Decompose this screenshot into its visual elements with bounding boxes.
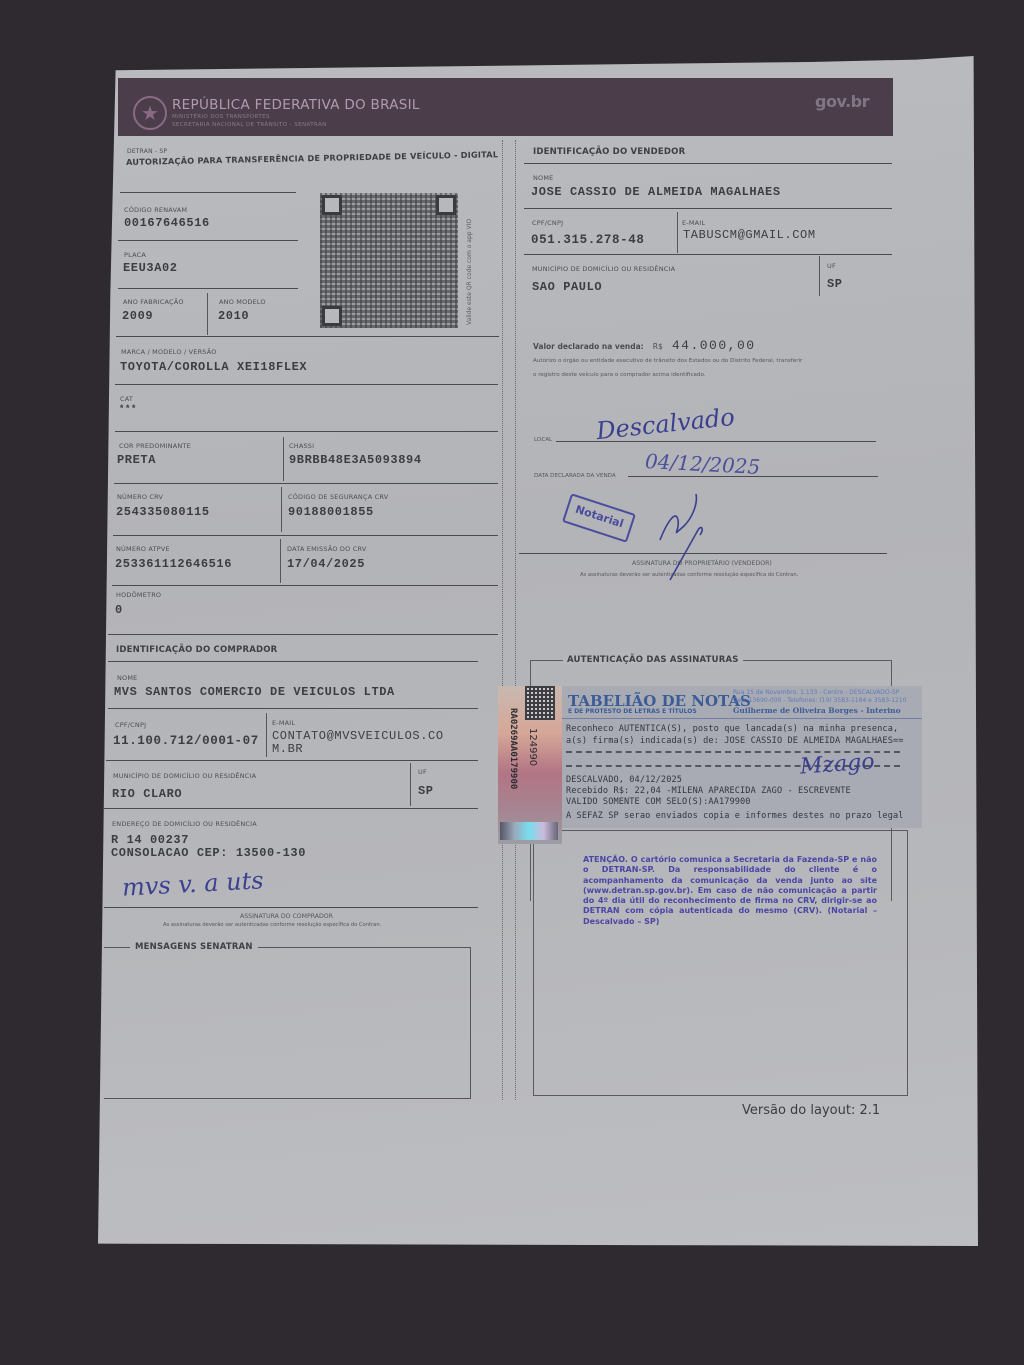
- divider: [524, 254, 892, 255]
- divider: [116, 336, 499, 337]
- divider: [280, 539, 281, 583]
- buyer-section-title: IDENTIFICAÇÃO DO COMPRADOR: [116, 645, 277, 655]
- declared-value-row: Valor declarado na venda: R$ 44.000,00: [533, 334, 756, 353]
- buyer-email-label: E-MAIL: [272, 719, 295, 727]
- country-title: REPÚBLICA FEDERATIVA DO BRASIL: [172, 97, 420, 113]
- crv-security-label: CÓDIGO DE SEGURANÇA CRV: [288, 493, 388, 501]
- buyer-city-label: MUNICÍPIO DE DOMICÍLIO OU RESIDÊNCIA: [113, 772, 256, 780]
- buyer-city-value: RIO CLARO: [112, 787, 182, 801]
- divider: [281, 487, 282, 532]
- color-label: COR PREDOMINANTE: [119, 442, 191, 450]
- fold-line: [515, 140, 516, 1100]
- buyer-signature-note: As assinaturas deverão ser autenticadas …: [163, 922, 381, 928]
- divider: [112, 585, 498, 586]
- seal-number: 124990: [527, 728, 538, 766]
- seller-name-label: NOME: [533, 174, 554, 182]
- divider: [410, 763, 411, 806]
- divider: [120, 192, 296, 193]
- declared-value: 44.000,00: [672, 338, 756, 353]
- crv-number-label: NÚMERO CRV: [117, 493, 163, 501]
- notary-office-address: Rua 15 de Novembro, 1.133 - Centro - DES…: [733, 689, 899, 696]
- crv-number-value: 254335080115: [116, 505, 210, 519]
- clerk-signature: Mzago: [799, 749, 875, 779]
- secretariat-name: SECRETARIA NACIONAL DE TRÂNSITO - SENATR…: [172, 122, 327, 128]
- divider: [819, 256, 820, 296]
- atpve-label: NÚMERO ATPVe: [116, 545, 170, 553]
- seller-signature-line: [519, 553, 887, 554]
- notary-office-subtitle: E DE PROTESTO DE LETRAS E TÍTULOS: [568, 708, 697, 715]
- notary-name: Guilherme de Oliveira Borges - Interino: [733, 706, 901, 715]
- seller-city-label: MUNICÍPIO DE DOMICÍLIO OU RESIDÊNCIA: [532, 265, 675, 273]
- year-mfg-value: 2009: [122, 309, 153, 323]
- cat-label: CAT: [120, 395, 133, 403]
- crv-security-value: 90188001855: [288, 505, 374, 519]
- atpve-value: 253361112646516: [115, 557, 232, 571]
- make-model-label: MARCA / MODELO / VERSÃO: [121, 348, 217, 356]
- seller-email-value: TABUSCM@GMAIL.COM: [683, 228, 816, 242]
- divider: [108, 634, 498, 635]
- year-model-value: 2010: [218, 309, 249, 323]
- chassis-value: 9BRBB48E3A5093894: [289, 453, 422, 467]
- buyer-email-value-line2: M.BR: [272, 742, 303, 756]
- recognition-sefaz-note: A SEFAZ SP serao enviados copia e inform…: [566, 811, 904, 821]
- divider: [677, 212, 678, 253]
- recognition-text-line1: Reconheco AUTENTICA(S), posto que lancad…: [566, 724, 898, 734]
- seller-doc-label: CPF/CNPJ: [532, 219, 563, 227]
- divider: [266, 713, 267, 757]
- buyer-signature-label: ASSINATURA DO COMPRADOR: [240, 913, 333, 920]
- buyer-address-label: ENDEREÇO DE DOMICÍLIO OU RESIDÊNCIA: [112, 820, 257, 828]
- buyer-name-label: NOME: [117, 674, 138, 682]
- buyer-signature-line: [104, 907, 478, 908]
- buyer-uf-value: SP: [418, 784, 434, 798]
- seller-signature-label: ASSINATURA DO PROPRIETÁRIO (VENDEDOR): [632, 560, 772, 567]
- seller-uf-value: SP: [827, 277, 843, 291]
- divider: [115, 431, 498, 432]
- currency-symbol: R$: [653, 342, 663, 351]
- buyer-doc-value: 11.100.712/0001-07: [113, 734, 259, 748]
- divider: [108, 708, 478, 709]
- local-label: LOCAL: [534, 437, 552, 443]
- seller-uf-label: UF: [827, 262, 836, 270]
- buyer-address-line1: R 14 00237: [111, 833, 189, 847]
- divider: [108, 661, 478, 662]
- authorization-text-line1: Autorizo o órgão ou entidade executivo d…: [533, 358, 802, 364]
- odometer-label: HODÔMETRO: [116, 591, 161, 599]
- renavam-value: 00167646516: [124, 216, 210, 230]
- notary-office-phone: Cep: 13690-000 - Telefones: (19) 3583-11…: [733, 697, 906, 704]
- make-model-value: TOYOTA/COROLLA XEI18FLEX: [120, 360, 307, 374]
- recognition-fee: Recebido R$: 22,04 -MILENA APARECIDA ZAG…: [566, 786, 851, 796]
- govbr-logo: gov.br: [815, 92, 869, 111]
- senatran-messages-box: [104, 947, 471, 1099]
- recognition-seal-validity: VALIDO SOMENTE COM SELO(S):AA179900: [566, 797, 751, 807]
- fold-line: [502, 140, 503, 1100]
- cat-value: ***: [119, 404, 137, 414]
- sale-date-label: DATA DECLARADA DA VENDA: [534, 473, 616, 479]
- divider: [524, 163, 892, 164]
- year-model-label: ANO MODELO: [219, 298, 266, 306]
- chassis-label: CHASSI: [289, 442, 314, 450]
- authorization-text-line2: o registro deste veículo para o comprado…: [533, 372, 706, 378]
- divider: [118, 288, 298, 289]
- divider: [114, 483, 498, 484]
- divider: [118, 240, 298, 241]
- coat-of-arms-icon: ★: [133, 96, 167, 130]
- divider: [207, 293, 208, 335]
- senatran-section-title: MENSAGENS SENATRAN: [130, 942, 258, 952]
- seller-city-value: SAO PAULO: [532, 280, 602, 294]
- seller-doc-value: 051.315.278-48: [531, 233, 644, 247]
- layout-version: Versão do layout: 2.1: [742, 1103, 880, 1118]
- recognition-place-date: DESCALVADO, 04/12/2025: [566, 775, 682, 785]
- buyer-doc-label: CPF/CNPJ: [115, 721, 146, 729]
- crv-issue-label: DATA EMISSÃO DO CRV: [287, 545, 366, 553]
- seller-name-value: JOSE CASSIO DE ALMEIDA MAGALHAES: [531, 185, 781, 199]
- odometer-value: 0: [115, 603, 123, 617]
- authentication-section-title: AUTENTICAÇÃO DAS ASSINATURAS: [563, 655, 743, 665]
- renavam-label: CÓDIGO RENAVAM: [124, 206, 187, 214]
- recognition-text-line2: a(s) firma(s) indicada(s) de: JOSE CASSI…: [566, 736, 904, 746]
- seal-code: RA0269AA0179900: [494, 708, 518, 808]
- divider: [106, 760, 478, 761]
- plate-label: PLACA: [124, 251, 146, 259]
- buyer-email-value-line1: CONTATO@MVSVEICULOS.CO: [272, 729, 444, 743]
- seal-qr-code[interactable]: [525, 686, 555, 720]
- year-mfg-label: ANO FABRICAÇÃO: [123, 298, 184, 306]
- color-value: PRETA: [117, 453, 156, 467]
- crv-issue-value: 17/04/2025: [287, 557, 365, 571]
- seller-email-label: E-MAIL: [682, 219, 705, 227]
- declared-value-label: Valor declarado na venda:: [533, 342, 644, 351]
- divider: [283, 437, 284, 481]
- plate-value: EEU3A02: [123, 261, 178, 275]
- divider: [524, 208, 892, 209]
- ministry-name: MINISTÉRIO DOS TRANSPORTES: [172, 114, 270, 120]
- seller-signature-note: As assinaturas deverão ser autenticadas …: [580, 572, 798, 578]
- buyer-uf-label: UF: [418, 768, 427, 776]
- validation-qr-code[interactable]: [320, 193, 458, 328]
- buyer-address-line2: CONSOLACAO CEP: 13500-130: [111, 846, 306, 860]
- divider: [113, 535, 498, 536]
- divider: [562, 718, 922, 719]
- seller-section-title: IDENTIFICAÇÃO DO VENDEDOR: [533, 147, 685, 157]
- attention-stamp: ATENÇÃO. O cartório comunica a Secretari…: [583, 855, 877, 927]
- agency-label: DETRAN - SP: [127, 148, 167, 155]
- divider: [115, 384, 498, 385]
- buyer-name-value: MVS SANTOS COMERCIO DE VEICULOS LTDA: [114, 685, 395, 699]
- divider: [104, 808, 478, 809]
- qr-validation-note: Valide este QR code com o app VIO: [466, 195, 476, 325]
- hologram-icon: [500, 822, 558, 840]
